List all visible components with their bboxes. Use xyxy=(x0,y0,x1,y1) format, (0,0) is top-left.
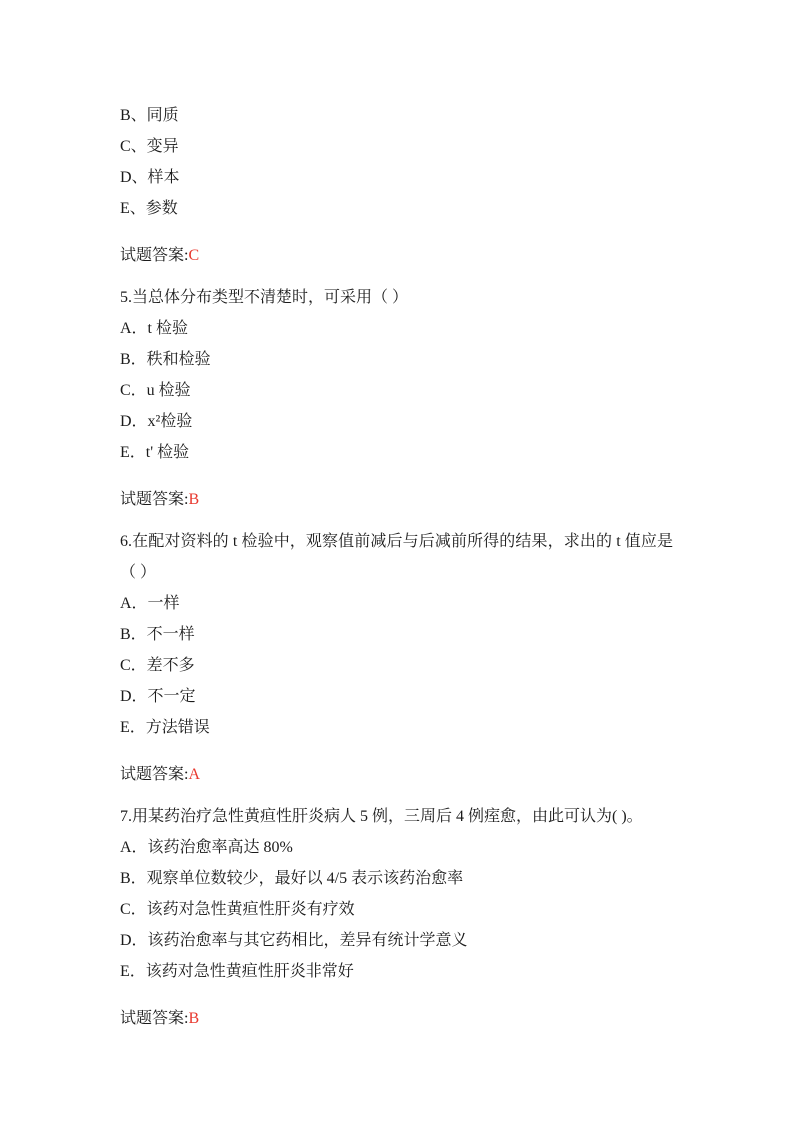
option-line: A．t 检验 xyxy=(120,313,673,344)
answer-line: 试题答案:C xyxy=(120,240,673,271)
question-block-4: B、同质 C、变异 D、样本 E、参数 试题答案:C xyxy=(120,100,673,271)
option-line: E．t' 检验 xyxy=(120,437,673,468)
option-line: E、参数 xyxy=(120,193,673,224)
answer-label: 试题答案: xyxy=(120,491,188,508)
option-line: D．该药治愈率与其它药相比，差异有统计学意义 xyxy=(120,925,673,956)
option-line: C．u 检验 xyxy=(120,375,673,406)
answer-line: 试题答案:B xyxy=(120,1003,673,1034)
option-line: D．x²检验 xyxy=(120,406,673,437)
answer-value: A xyxy=(188,766,200,783)
option-line: C、变异 xyxy=(120,131,673,162)
option-line: A．一样 xyxy=(120,588,673,619)
question-text: 5.当总体分布类型不清楚时，可采用（ ） xyxy=(120,282,673,313)
answer-label: 试题答案: xyxy=(120,1010,188,1027)
option-line: C．差不多 xyxy=(120,650,673,681)
option-line: C．该药对急性黄疸性肝炎有疗效 xyxy=(120,894,673,925)
answer-value: B xyxy=(188,1010,199,1027)
question-block-7: 7.用某药治疗急性黄疸性肝炎病人 5 例，三周后 4 例痓愈，由此可认为( )。… xyxy=(120,801,673,1034)
answer-label: 试题答案: xyxy=(120,766,188,783)
answer-value: B xyxy=(188,491,199,508)
option-line: B．秩和检验 xyxy=(120,344,673,375)
question-text: 6.在配对资料的 t 检验中，观察值前减后与后减前所得的结果，求出的 t 值应是… xyxy=(120,526,673,588)
option-line: A．该药治愈率高达 80% xyxy=(120,832,673,863)
answer-line: 试题答案:B xyxy=(120,484,673,515)
option-line: E．该药对急性黄疸性肝炎非常好 xyxy=(120,956,673,987)
answer-label: 试题答案: xyxy=(120,247,188,264)
question-block-6: 6.在配对资料的 t 检验中，观察值前减后与后减前所得的结果，求出的 t 值应是… xyxy=(120,526,673,790)
option-line: B．不一样 xyxy=(120,619,673,650)
question-block-5: 5.当总体分布类型不清楚时，可采用（ ） A．t 检验 B．秩和检验 C．u 检… xyxy=(120,282,673,515)
option-line: D、样本 xyxy=(120,162,673,193)
option-line: E．方法错误 xyxy=(120,712,673,743)
answer-value: C xyxy=(188,247,199,264)
option-line: B．观察单位数较少，最好以 4/5 表示该药治愈率 xyxy=(120,863,673,894)
answer-line: 试题答案:A xyxy=(120,759,673,790)
document-page: B、同质 C、变异 D、样本 E、参数 试题答案:C 5.当总体分布类型不清楚时… xyxy=(0,0,793,1122)
option-line: B、同质 xyxy=(120,100,673,131)
question-text: 7.用某药治疗急性黄疸性肝炎病人 5 例，三周后 4 例痓愈，由此可认为( )。 xyxy=(120,801,673,832)
option-line: D．不一定 xyxy=(120,681,673,712)
